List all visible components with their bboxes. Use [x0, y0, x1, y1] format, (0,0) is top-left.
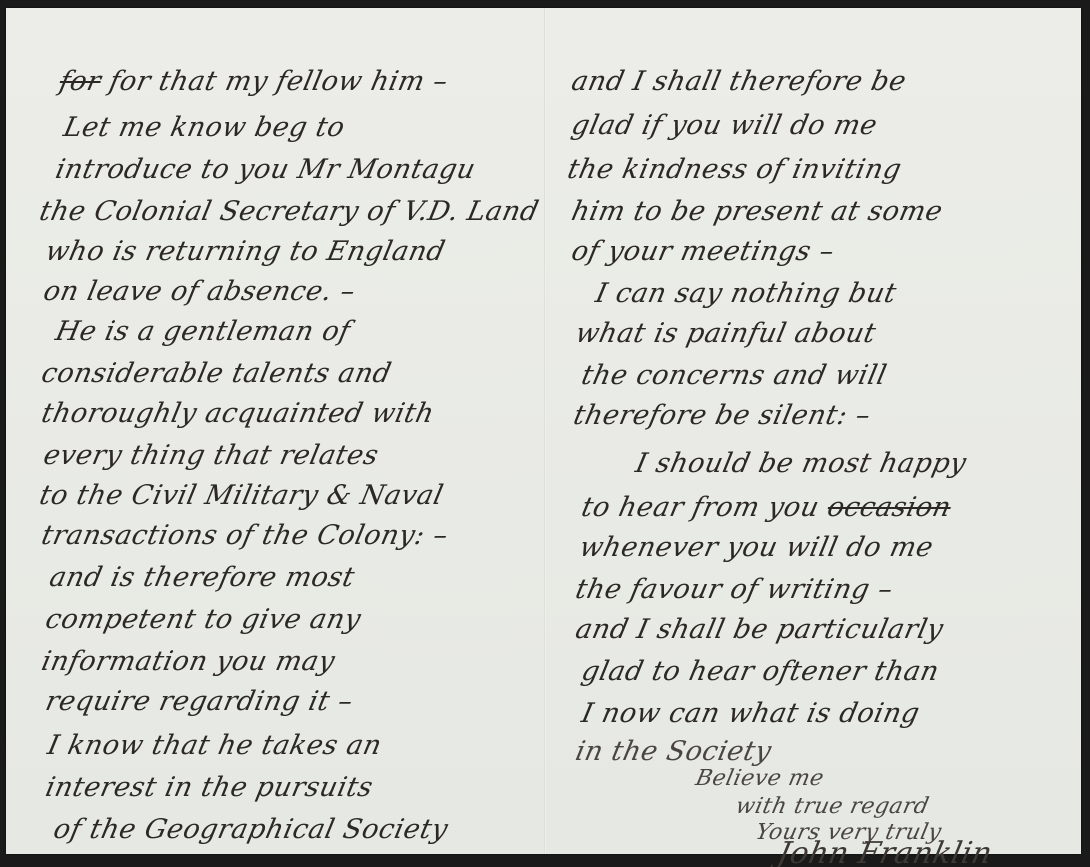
left-line-15: information you may	[39, 646, 338, 677]
right-line-12: whenever you will do me	[577, 532, 936, 563]
left-line-1: for for that my fellow him –	[57, 66, 451, 97]
left-line-8: considerable talents and	[39, 358, 395, 389]
right-line-10: I should be most happy	[633, 448, 970, 479]
closing-believe-me: Believe me	[693, 766, 826, 791]
left-line-14: competent to give any	[43, 604, 364, 635]
right-line-5: of your meetings –	[569, 236, 837, 267]
left-line-11: to the Civil Military & Naval	[37, 480, 447, 511]
right-line-14: and I shall be particularly	[573, 614, 947, 645]
left-line-4: the Colonial Secretary of V.D. Land	[37, 196, 542, 227]
line-text: for that my fellow him –	[106, 66, 450, 97]
right-line-2: glad if you will do me	[569, 110, 880, 141]
left-line-17: I know that he takes an	[45, 730, 385, 761]
right-line-7: what is painful about	[573, 318, 879, 349]
left-line-13: and is therefore most	[47, 562, 358, 593]
left-line-5: who is returning to England	[43, 236, 448, 267]
left-line-10: every thing that relates	[41, 440, 382, 471]
right-line-17: in the Society	[573, 736, 775, 767]
left-line-3: introduce to you Mr Montagu	[53, 154, 479, 185]
left-line-18: interest in the pursuits	[43, 772, 376, 803]
right-line-4: him to be present at some	[569, 196, 946, 227]
right-line-11: to hear from you occasion	[579, 492, 954, 523]
left-line-6: on leave of absence. –	[41, 276, 359, 307]
signature: John Franklin	[774, 836, 995, 867]
right-line-6: I can say nothing but	[593, 278, 900, 309]
right-line-8: the concerns and will	[579, 360, 890, 391]
struck-word: for	[57, 66, 104, 97]
right-line-15: glad to hear oftener than	[579, 656, 942, 687]
left-line-12: transactions of the Colony: –	[39, 520, 451, 551]
line-text: to hear from you	[579, 492, 822, 523]
left-line-9: thoroughly acquainted with	[39, 398, 437, 429]
left-line-2: Let me know beg to	[61, 112, 348, 143]
left-line-19: of the Geographical Society	[51, 814, 451, 845]
left-page: for for that my fellow him – Let me know…	[6, 8, 544, 854]
right-line-3: the kindness of inviting	[565, 154, 905, 185]
right-line-16: I now can what is doing	[579, 698, 923, 729]
left-line-7: He is a gentleman of	[53, 316, 353, 347]
letter-sheet: for for that my fellow him – Let me know…	[6, 8, 1081, 854]
left-line-16: require regarding it –	[43, 686, 356, 717]
right-line-13: the favour of writing –	[573, 574, 896, 605]
closing-regard: with true regard	[733, 794, 931, 819]
struck-word: occasion	[825, 492, 954, 523]
right-line-1: and I shall therefore be	[569, 66, 909, 97]
right-line-9: therefore be silent: –	[571, 400, 874, 431]
right-page: and I shall therefore be glad if you wil…	[546, 8, 1081, 854]
